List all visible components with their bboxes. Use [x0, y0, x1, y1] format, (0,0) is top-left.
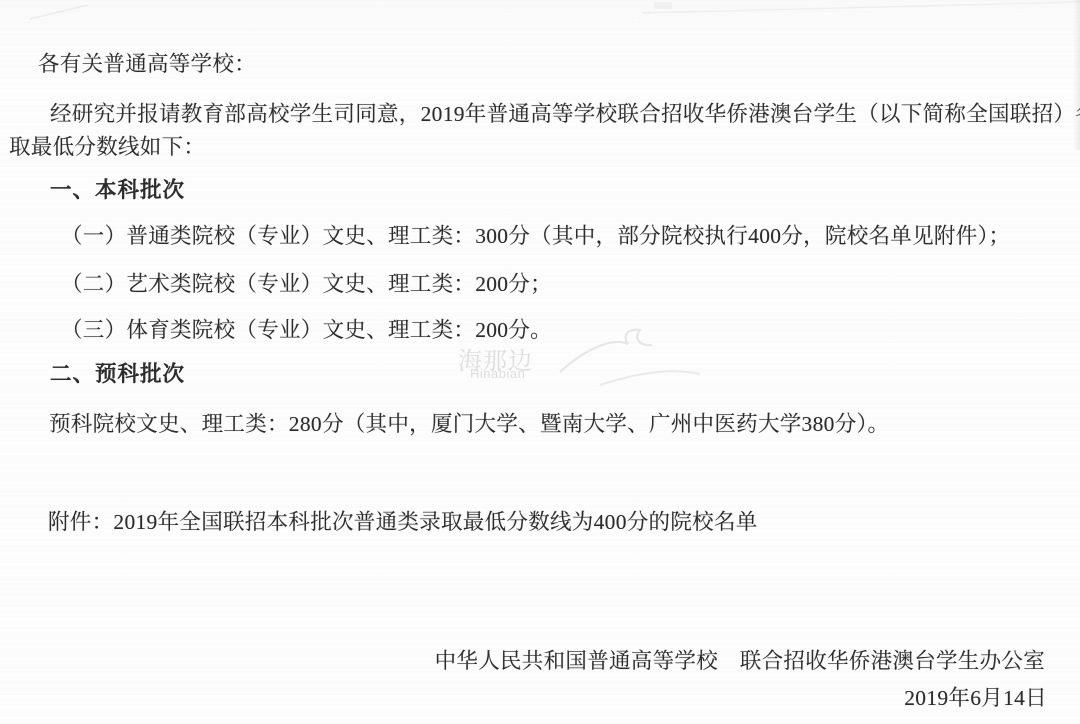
section-heading-yuke: 二、预科批次 — [50, 357, 185, 388]
salutation-line: 各有关普通高等学校： — [38, 47, 256, 78]
watermark-cn-text: 海那边 — [458, 341, 533, 376]
scanned-notice-page: 海那边 Hinabian 各有关普通高等学校： 经研究并报请教育部高校学生司同意… — [0, 0, 1080, 724]
yuke-body-line: 预科院校文史、理工类：280分（其中，厦门大学、暨南大学、广州中医药大学380分… — [49, 407, 889, 438]
signature-date-line: 2019年6月14日 — [904, 681, 1047, 712]
intro-paragraph-line-1: 经研究并报请教育部高校学生司同意，2019年普通高等学校联合招收华侨港澳台学生（… — [50, 97, 1080, 128]
signature-office-line: 中华人民共和国普通高等学校 联合招收华侨港澳台学生办公室 — [435, 644, 1045, 675]
intro-paragraph-line-2: 取最低分数线如下： — [9, 130, 205, 161]
watermark-en-text: Hinabian — [470, 366, 525, 381]
attachment-note-line: 附件：2019年全国联招本科批次普通类录取最低分数线为400分的院校名单 — [48, 505, 758, 536]
benke-item-3: （三）体育类院校（专业）文史、理工类：200分。 — [61, 313, 552, 344]
benke-item-2: （二）艺术类院校（专业）文史、理工类：200分； — [61, 267, 552, 298]
benke-item-1: （一）普通类院校（专业）文史、理工类：300分（其中，部分院校执行400分，院校… — [61, 219, 1010, 250]
section-heading-benke: 一、本科批次 — [50, 173, 185, 204]
